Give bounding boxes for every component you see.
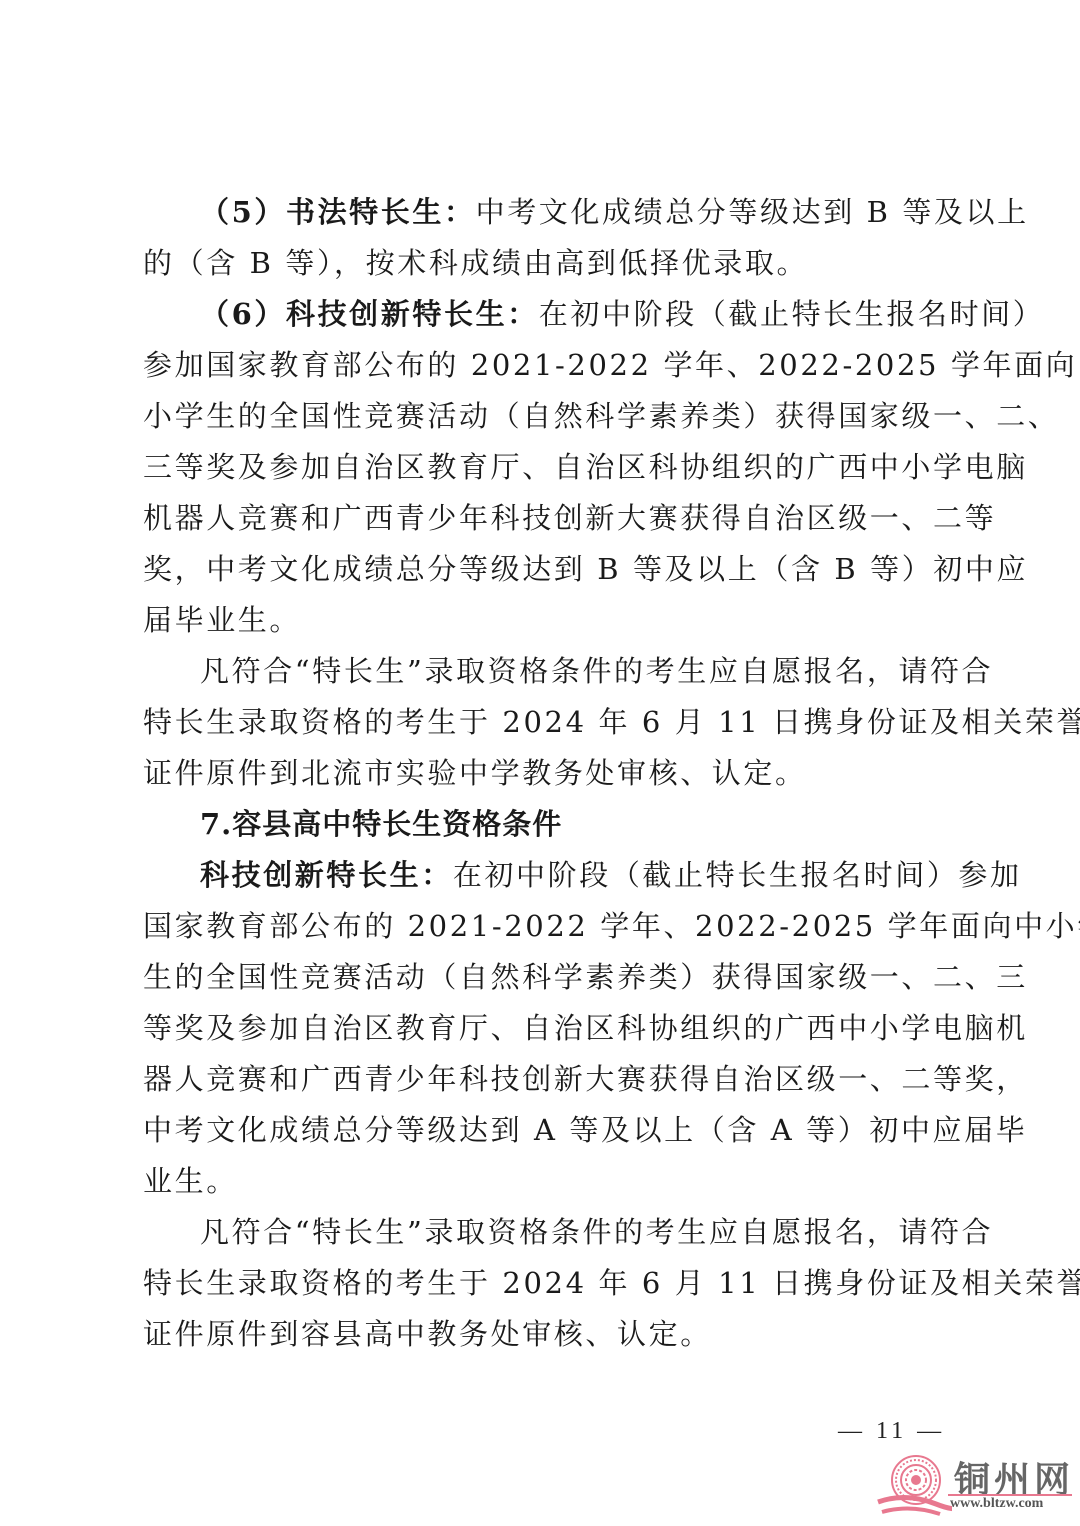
site-url: www.bltzw.com — [950, 1496, 1043, 1512]
paragraph-7-line-6: 中考文化成绩总分等级达到 A 等及以上（含 A 等）初中应届毕 — [143, 1110, 943, 1150]
paragraph-5-line-2: 的（含 B 等），按术科成绩由高到低择优录取。 — [143, 243, 943, 283]
document-page: （5）书法特长生：中考文化成绩总分等级达到 B 等及以上 的（含 B 等），按术… — [0, 0, 1080, 1526]
seal-logo-icon — [876, 1452, 952, 1522]
paragraph-7-line-3: 生的全国性竞赛活动（自然科学素养类）获得国家级一、二、三 — [143, 957, 943, 997]
paragraph-7-line-4: 等奖及参加自治区教育厅、自治区科协组织的广西中小学电脑机 — [143, 1008, 943, 1048]
paragraph-6-line-4: 三等奖及参加自治区教育厅、自治区科协组织的广西中小学电脑 — [143, 447, 943, 487]
paragraph-6-line-3: 小学生的全国性竞赛活动（自然科学素养类）获得国家级一、二、 — [143, 396, 943, 436]
paragraph-7-line-5: 器人竞赛和广西青少年科技创新大赛获得自治区级一、二等奖， — [143, 1059, 943, 1099]
paragraph-6-line-6: 奖，中考文化成绩总分等级达到 B 等及以上（含 B 等）初中应 — [143, 549, 943, 589]
paragraph-5-lead: （5）书法特长生： — [200, 195, 476, 229]
paragraph-6-line-5: 机器人竞赛和广西青少年科技创新大赛获得自治区级一、二等 — [143, 498, 943, 538]
paragraph-7-line-7: 业生。 — [143, 1161, 943, 1201]
paragraph-6-line-2: 参加国家教育部公布的 2021-2022 学年、2022-2025 学年面向中 — [143, 345, 943, 385]
notice-2-line-3: 证件原件到容县高中教务处审核、认定。 — [143, 1314, 943, 1354]
notice-2-line-2: 特长生录取资格的考生于 2024 年 6 月 11 日携身份证及相关荣誉 — [143, 1263, 943, 1303]
notice-1-line-2: 特长生录取资格的考生于 2024 年 6 月 11 日携身份证及相关荣誉 — [143, 702, 943, 742]
paragraph-6-line-1: （6）科技创新特长生：在初中阶段（截止特长生报名时间） — [200, 294, 943, 334]
notice-1-line-3: 证件原件到北流市实验中学教务处审核、认定。 — [143, 753, 943, 793]
paragraph-6-line-7: 届毕业生。 — [143, 600, 943, 640]
paragraph-5-line-1: （5）书法特长生：中考文化成绩总分等级达到 B 等及以上 — [200, 192, 943, 232]
section-heading-7: 7.容县高中特长生资格条件 — [200, 804, 943, 844]
paragraph-6-lead: （6）科技创新特长生： — [200, 297, 539, 331]
paragraph-7-line-1: 科技创新特长生：在初中阶段（截止特长生报名时间）参加 — [200, 855, 943, 895]
paragraph-7-line-2: 国家教育部公布的 2021-2022 学年、2022-2025 学年面向中小学 — [143, 906, 943, 946]
notice-2-line-1: 凡符合“特长生”录取资格条件的考生应自愿报名，请符合 — [200, 1212, 943, 1252]
page-number: — 11 — — [838, 1418, 945, 1445]
site-watermark: 铜州网 www.bltzw.com — [876, 1452, 1076, 1522]
paragraph-7-lead: 科技创新特长生： — [200, 858, 453, 892]
notice-1-line-1: 凡符合“特长生”录取资格条件的考生应自愿报名，请符合 — [200, 651, 943, 691]
